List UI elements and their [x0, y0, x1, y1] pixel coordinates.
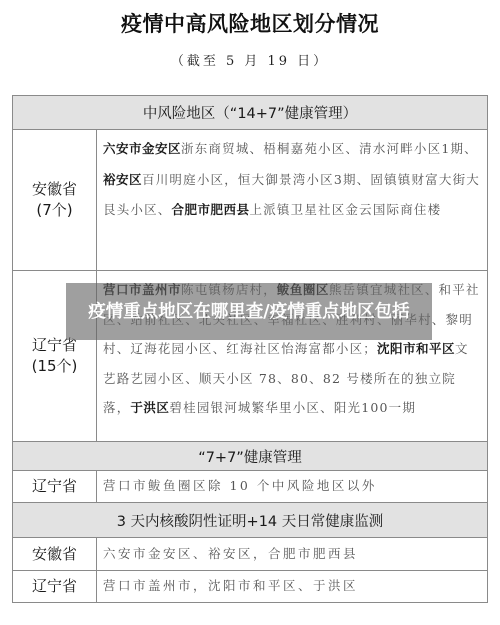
- province-name: 安徽省: [13, 538, 97, 570]
- district-name: 合肥市肥西县: [172, 202, 250, 217]
- title-overlay-banner: 疫情重点地区在哪里查/疫情重点地区包括: [66, 283, 432, 340]
- area-list: 营口市盖州市，沈阳市和平区、于洪区: [97, 571, 487, 602]
- area-text: 上派镇卫星社区金云国际商住楼: [250, 202, 442, 217]
- table-row-liaoning-7plus7: 辽宁省 营口市鲅鱼圈区除 10 个中风险地区以外: [13, 471, 487, 503]
- province-name: 安徽省: [32, 179, 77, 200]
- document-title: 疫情中高风险地区划分情况: [0, 8, 500, 38]
- table-row-anhui-3day: 安徽省 六安市金安区、裕安区，合肥市肥西县: [13, 538, 487, 571]
- section-header-3day-test: 3 天内核酸阴性证明+14 天日常健康监测: [13, 503, 487, 538]
- overlay-text: 疫情重点地区在哪里查/疫情重点地区包括: [88, 300, 409, 324]
- document-subtitle: （截至 5 月 19 日）: [0, 50, 500, 69]
- province-name: 辽宁省: [13, 571, 97, 602]
- risk-area-table: 中风险地区（“14+7”健康管理） 安徽省 (7个) 六安市金安区浙东商贸城、梧…: [12, 95, 488, 603]
- area-list: 六安市金安区、裕安区，合肥市肥西县: [97, 538, 487, 570]
- section-header-7plus7: “7+7”健康管理: [13, 442, 487, 471]
- district-name: 裕安区: [103, 172, 142, 187]
- province-cell: 安徽省 (7个): [13, 130, 97, 270]
- district-name: 六安市金安区: [103, 141, 181, 156]
- area-list: 六安市金安区浙东商贸城、梧桐嘉苑小区、清水河畔小区1期、裕安区百川明庭小区，恒大…: [97, 130, 487, 270]
- district-name: 沈阳市和平区: [377, 341, 455, 356]
- area-count: (15个): [32, 356, 78, 377]
- area-text: 浙东商贸城、梧桐嘉苑小区、清水河畔小区1期、: [181, 141, 478, 156]
- area-list: 营口市鲅鱼圈区除 10 个中风险地区以外: [97, 471, 487, 502]
- table-row-anhui-medium: 安徽省 (7个) 六安市金安区浙东商贸城、梧桐嘉苑小区、清水河畔小区1期、裕安区…: [13, 130, 487, 271]
- table-row-liaoning-3day: 辽宁省 营口市盖州市，沈阳市和平区、于洪区: [13, 571, 487, 602]
- province-name: 辽宁省: [13, 471, 97, 502]
- district-name: 于洪区: [130, 400, 169, 415]
- section-header-medium-risk: 中风险地区（“14+7”健康管理）: [13, 96, 487, 130]
- area-text: 碧桂园银河城繁华里小区、阳光100一期: [169, 400, 416, 415]
- area-count: (7个): [36, 200, 72, 221]
